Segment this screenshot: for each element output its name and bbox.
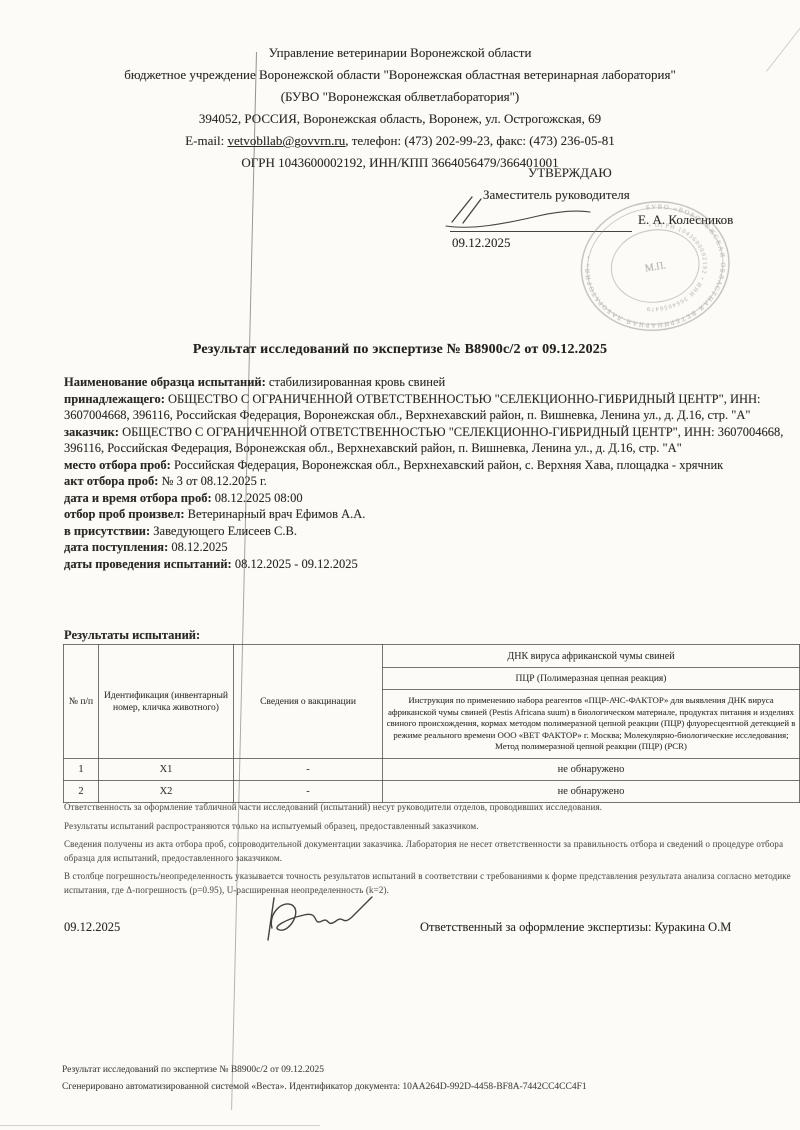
field-value: ОБЩЕСТВО С ОГРАНИЧЕННОЙ ОТВЕТСТВЕННОСТЬЮ… — [64, 425, 783, 456]
field-value: № 3 от 08.12.2025 г. — [162, 474, 267, 488]
col-header-analyte: ДНК вируса африканской чумы свиней — [383, 645, 800, 668]
field-value: ОБЩЕСТВО С ОГРАНИЧЕННОЙ ОТВЕТСТВЕННОСТЬЮ… — [64, 392, 761, 423]
org-name-line: бюджетное учреждение Воронежской области… — [0, 64, 800, 86]
results-table: № п/п Идентификация (инвентарный номер, … — [63, 644, 800, 803]
detail-field: Наименование образца испытаний: стабилиз… — [64, 374, 793, 391]
footnote: Результаты испытаний распространяются то… — [64, 820, 800, 834]
field-value: Российская Федерация, Воронежская обл., … — [174, 458, 723, 472]
footnotes: Ответственность за оформление табличной … — [64, 801, 800, 902]
col-header-pcr: ПЦР (Полимеразная цепная реакция) — [383, 668, 800, 690]
field-label: Наименование образца испытаний: — [64, 375, 266, 389]
footer-expertise-line: Результат исследований по экспертизе № В… — [62, 1062, 800, 1079]
cell-num: 2 — [64, 781, 99, 803]
table-row: 2 Х2 - не обнаружено — [64, 781, 800, 803]
col-header-num: № п/п — [64, 645, 99, 759]
approval-date: 09.12.2025 — [452, 235, 511, 251]
detail-field: дата и время отбора проб: 08.12.2025 08:… — [64, 490, 793, 507]
field-value: 08.12.2025 — [171, 540, 227, 554]
cell-vaccination: - — [234, 781, 383, 803]
field-label: в присутствии: — [64, 524, 150, 538]
responsible-person: Ответственный за оформление экспертизы: … — [420, 920, 731, 935]
field-label: принадлежащего: — [64, 392, 165, 406]
detail-field: в присутствии: Заведующего Елисеев С.В. — [64, 523, 793, 540]
page-title: Результат исследований по экспертизе № В… — [0, 342, 800, 358]
scan-bottom-edge — [0, 1125, 320, 1126]
field-label: акт отбора проб: — [64, 474, 158, 488]
field-label: место отбора проб: — [64, 458, 171, 472]
cell-id: Х2 — [99, 781, 234, 803]
signoff-date: 09.12.2025 — [64, 920, 120, 935]
footnote: Ответственность за оформление табличной … — [64, 801, 800, 815]
field-value: стабилизированная кровь свиней — [269, 375, 445, 389]
sample-details: Наименование образца испытаний: стабилиз… — [64, 374, 793, 572]
phone-fax: , телефон: (473) 202-99-23, факс: (473) … — [345, 133, 615, 148]
email-label: E-mail: — [185, 133, 224, 148]
cell-result: не обнаружено — [383, 759, 800, 781]
detail-field: принадлежащего: ОБЩЕСТВО С ОГРАНИЧЕННОЙ … — [64, 391, 793, 424]
field-value: Ветеринарный врач Ефимов А.А. — [188, 507, 366, 521]
round-stamp: БУВО «ВОРОНЕЖСКАЯ ОБЛАСТНАЯ ВЕТЕРИНАРНАЯ… — [558, 185, 755, 357]
field-label: заказчик: — [64, 425, 119, 439]
field-label: отбор проб произвел: — [64, 507, 185, 521]
footnote: Сведения получены из акта отбора проб, с… — [64, 838, 800, 865]
scan-fold-line — [231, 52, 257, 1110]
org-contacts-line: E-mail: vetvobllab@govvrn.ru, телефон: (… — [0, 130, 800, 152]
field-value: Заведующего Елисеев С.В. — [153, 524, 297, 538]
detail-field: отбор проб произвел: Ветеринарный врач Е… — [64, 506, 793, 523]
cell-result: не обнаружено — [383, 781, 800, 803]
field-label: дата и время отбора проб: — [64, 491, 212, 505]
document-footer: Результат исследований по экспертизе № В… — [62, 1062, 800, 1096]
field-label: дата поступления: — [64, 540, 168, 554]
cell-num: 1 — [64, 759, 99, 781]
footer-generated-line: Сгенерировано автоматизированной системо… — [62, 1079, 800, 1096]
org-ogrn-line: ОГРН 1043600002192, ИНН/КПП 3664056479/3… — [0, 152, 800, 174]
detail-field: акт отбора проб: № 3 от 08.12.2025 г. — [64, 473, 793, 490]
email-link[interactable]: vetvobllab@govvrn.ru — [227, 133, 345, 148]
table-row: 1 Х1 - не обнаружено — [64, 759, 800, 781]
results-rows: 1 Х1 - не обнаружено 2 Х2 - не обнаружен… — [64, 759, 800, 803]
detail-field: дата поступления: 08.12.2025 — [64, 539, 793, 556]
field-value: 08.12.2025 - 09.12.2025 — [235, 557, 358, 571]
org-short-name-line: (БУВО "Воронежская облветлаборатория") — [0, 86, 800, 108]
responsible-signature — [260, 888, 390, 950]
approve-word: УТВЕРЖДАЮ — [528, 165, 612, 181]
detail-field: заказчик: ОБЩЕСТВО С ОГРАНИЧЕННОЙ ОТВЕТС… — [64, 424, 793, 457]
col-header-method: Инструкция по применению набора реагенто… — [383, 690, 800, 759]
scanned-document-page: Управление ветеринарии Воронежской облас… — [0, 0, 800, 1130]
cell-id: Х1 — [99, 759, 234, 781]
col-header-vaccination: Сведения о вакцинации — [234, 645, 383, 759]
footnote: В столбце погрешность/неопределенность у… — [64, 870, 800, 897]
detail-field: место отбора проб: Российская Федерация,… — [64, 457, 793, 474]
cell-vaccination: - — [234, 759, 383, 781]
col-header-identification: Идентификация (инвентарный номер, кличка… — [99, 645, 234, 759]
org-address-line: 394052, РОССИЯ, Воронежская область, Вор… — [0, 108, 800, 130]
org-authority-line: Управление ветеринарии Воронежской облас… — [0, 42, 800, 64]
field-label: даты проведения испытаний: — [64, 557, 232, 571]
detail-field: даты проведения испытаний: 08.12.2025 - … — [64, 556, 793, 573]
org-header: Управление ветеринарии Воронежской облас… — [0, 42, 800, 174]
field-value: 08.12.2025 08:00 — [215, 491, 303, 505]
stamp-center-text: М.П. — [644, 260, 667, 274]
results-section-label: Результаты испытаний: — [64, 627, 793, 644]
